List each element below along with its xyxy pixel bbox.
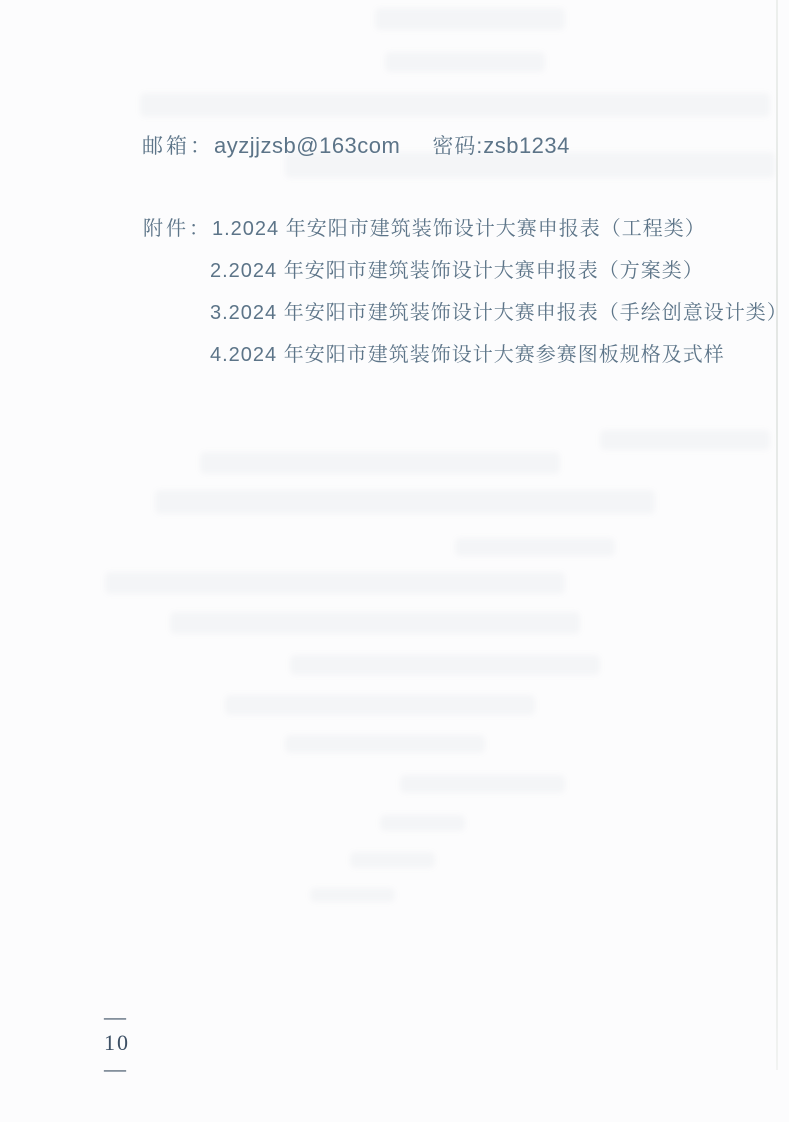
bleed-through-artifact [290,655,600,675]
password-label: 密码: [432,135,483,158]
bleed-through-artifact [225,695,535,715]
scanned-document-page: 邮箱：ayzjjzsb@163com密码:zsb1234 附件： 1.2024 … [0,0,789,1122]
email-value: ayzjjzsb@163com [214,133,400,158]
attachment-item: 3.2024 年安阳市建筑装饰设计大赛申报表（手绘创意设计类） [210,292,788,334]
bleed-through-artifact [375,8,565,30]
bleed-through-artifact [350,852,435,868]
attachment-row: 附件： 1.2024 年安阳市建筑装饰设计大赛申报表（工程类） [143,208,788,250]
attachment-row: 2.2024 年安阳市建筑装饰设计大赛申报表（方案类） [143,250,788,292]
email-password-line: 邮箱：ayzjjzsb@163com密码:zsb1234 [142,130,570,160]
bleed-through-artifact [170,612,580,634]
bleed-through-artifact [105,572,565,594]
attachment-row: 4.2024 年安阳市建筑装饰设计大赛参赛图板规格及式样 [143,334,788,376]
email-label: 邮箱： [142,135,214,158]
bleed-through-artifact [600,430,770,450]
bleed-through-artifact [200,452,560,474]
bleed-through-artifact [155,490,655,514]
scan-edge-artifact [776,0,778,1070]
bleed-through-artifact [385,52,545,72]
bleed-through-artifact [285,735,485,753]
bleed-through-artifact [380,815,465,831]
bleed-through-artifact [400,775,565,793]
attachment-item: 1.2024 年安阳市建筑装饰设计大赛申报表（工程类） [212,208,706,250]
attachment-row: 3.2024 年安阳市建筑装饰设计大赛申报表（手绘创意设计类） [143,292,788,334]
page-number: — 10 — [104,1004,130,1082]
bleed-through-artifact [455,538,615,556]
bleed-through-artifact [140,93,770,117]
attachments-label: 附件： [143,208,212,250]
bleed-through-artifact [310,888,395,902]
attachment-item: 2.2024 年安阳市建筑装饰设计大赛申报表（方案类） [210,250,704,292]
password-value: zsb1234 [483,133,570,158]
attachment-item: 4.2024 年安阳市建筑装饰设计大赛参赛图板规格及式样 [210,334,725,376]
attachments-section: 附件： 1.2024 年安阳市建筑装饰设计大赛申报表（工程类） 2.2024 年… [143,208,788,376]
